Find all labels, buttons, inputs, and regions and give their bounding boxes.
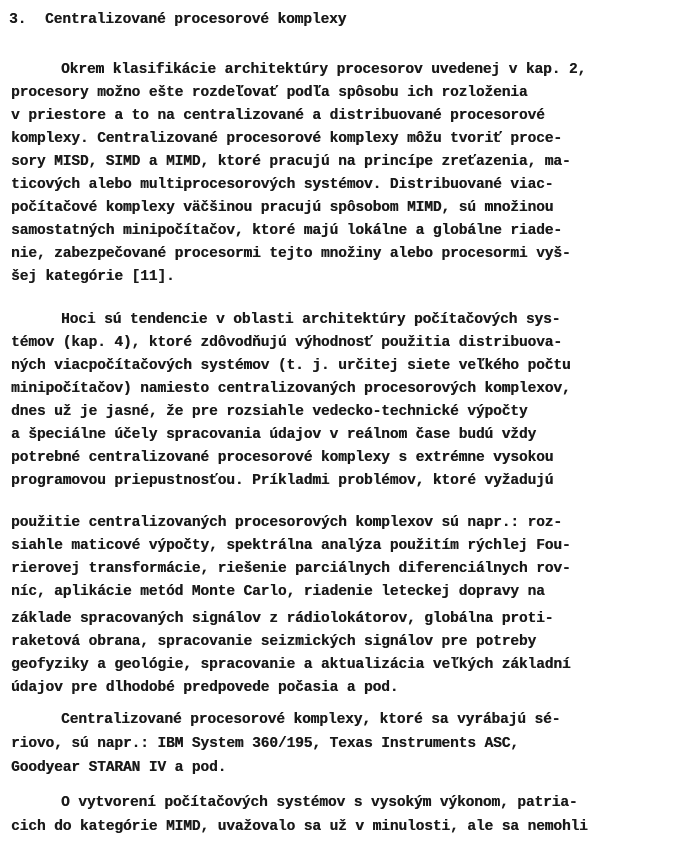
text-line: rierovej transformácie, riešenie parciál…: [11, 560, 571, 578]
text-line: šej kategórie [11].: [11, 268, 175, 286]
text-line: Okrem klasifikácie architektúry procesor…: [61, 61, 586, 79]
text-line: Hoci sú tendencie v oblasti architektúry…: [61, 311, 560, 329]
text-line: komplexy. Centralizované procesorové kom…: [11, 130, 562, 148]
text-line: cich do kategórie MIMD, uvažovalo sa už …: [11, 818, 588, 836]
text-line: nie, zabezpečované procesormi tejto množ…: [11, 245, 571, 263]
text-line: O vytvorení počítačových systémov s vyso…: [61, 794, 577, 812]
text-line: siahle maticové výpočty, spektrálna anal…: [11, 537, 571, 555]
text-line: témov (kap. 4), ktoré zdôvodňujú výhodno…: [11, 334, 562, 352]
typewritten-page: 3. Centralizované procesorové komplexy O…: [0, 0, 694, 845]
text-line: minipočítačov) namiesto centralizovaných…: [11, 380, 571, 398]
text-line: ticových alebo multiprocesorových systém…: [11, 176, 553, 194]
text-line: raketová obrana, spracovanie seizmických…: [11, 633, 536, 651]
text-line: v priestore a to na centralizované a dis…: [11, 107, 545, 125]
text-line: samostatných minipočítačov, ktoré majú l…: [11, 222, 562, 240]
text-line: ných viacpočítačových systémov (t. j. ur…: [11, 357, 571, 375]
text-line: níc, aplikácie metód Monte Carlo, riaden…: [11, 583, 545, 601]
text-line: procesory možno ešte rozdeľovať podľa sp…: [11, 84, 527, 102]
text-line: riovo, sú napr.: IBM System 360/195, Tex…: [11, 735, 519, 753]
section-title: Centralizované procesorové komplexy: [45, 11, 346, 29]
text-line: programovou priepustnosťou. Príkladmi pr…: [11, 472, 553, 490]
section-number: 3.: [9, 11, 26, 29]
text-line: dnes už je jasné, že pre rozsiahle vedec…: [11, 403, 527, 421]
text-line: základe spracovaných signálov z rádiolok…: [11, 610, 553, 628]
text-line: a špeciálne účely spracovania údajov v r…: [11, 426, 536, 444]
text-line: použitie centralizovaných procesorových …: [11, 514, 562, 532]
text-line: sory MISD, SIMD a MIMD, ktoré pracujú na…: [11, 153, 571, 171]
text-line: geofyziky a geológie, spracovanie a aktu…: [11, 656, 571, 674]
text-line: Centralizované procesorové komplexy, kto…: [61, 711, 560, 729]
text-line: Goodyear STARAN IV a pod.: [11, 759, 226, 777]
text-line: počítačové komplexy väčšinou pracujú spô…: [11, 199, 553, 217]
text-line: potrebné centralizované procesorové komp…: [11, 449, 553, 467]
text-line: údajov pre dlhodobé predpovede počasia a…: [11, 679, 398, 697]
